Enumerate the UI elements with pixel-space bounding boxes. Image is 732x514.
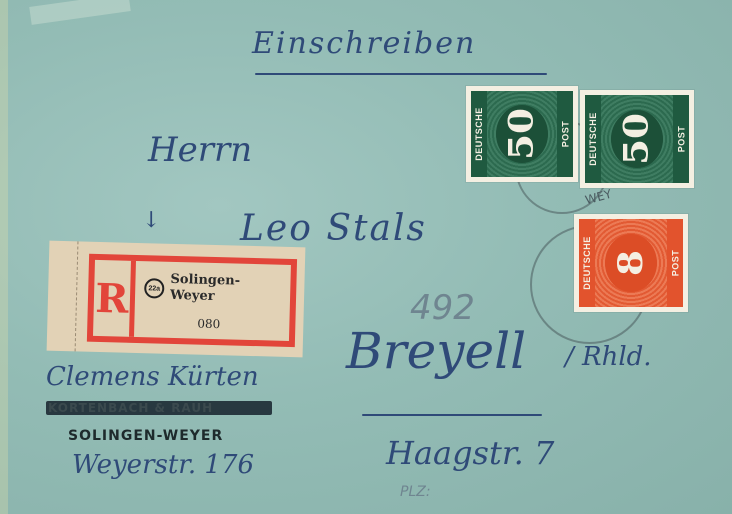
- office-line-2: Weyer: [170, 288, 240, 306]
- recipient-city: Breyell: [346, 322, 526, 380]
- label-perforation: [75, 241, 79, 351]
- sender-company-struck: KORTENBACH & RAUH: [48, 401, 213, 415]
- stamp-post-text: POST: [676, 126, 686, 153]
- stamp-post-text: POST: [560, 121, 570, 148]
- sender-name: Clemens Kürten: [46, 362, 259, 392]
- registration-number: 080: [197, 317, 220, 332]
- arrow-mark: ↓: [142, 208, 160, 233]
- stamp-country-text: DEUTSCHE: [582, 236, 592, 290]
- pencil-plz: PLZ:: [400, 484, 431, 500]
- stamp-value: 8: [611, 250, 651, 276]
- sender-city-printed: SOLINGEN-WEYER: [68, 428, 223, 444]
- city-underline: [362, 414, 542, 416]
- stamp-value: 50: [502, 108, 542, 160]
- registration-letter: R: [95, 274, 129, 322]
- stamp-country-text: DEUTSCHE: [588, 112, 598, 166]
- registration-box: R 22a Solingen- Weyer 080: [87, 254, 297, 347]
- paper-edge: [0, 0, 8, 514]
- envelope: Einschreiben WEY DEUTSCHE 50 POST DEUTSC…: [0, 0, 732, 514]
- service-note-underline: [255, 73, 547, 75]
- paper-crease: [29, 0, 131, 25]
- recipient-region: / Rhld.: [565, 342, 652, 372]
- stamp-post-text: POST: [670, 250, 680, 277]
- sender-street: Weyerstr. 176: [72, 450, 254, 480]
- office-code: 22a: [144, 278, 165, 299]
- stamp-8-pfennig: DEUTSCHE 8 POST: [574, 214, 688, 312]
- recipient-street: Haagstr. 7: [386, 434, 554, 472]
- recipient-name: Leo Stals: [240, 208, 427, 249]
- stamp-50-pfennig-2: DEUTSCHE 50 POST: [580, 90, 694, 188]
- office-line-1: Solingen-: [170, 272, 240, 290]
- stamp-country-text: DEUTSCHE: [474, 107, 484, 161]
- stamp-50-pfennig-1: DEUTSCHE 50 POST: [466, 86, 578, 182]
- recipient-salutation: Herrn: [148, 130, 252, 170]
- service-note: Einschreiben: [252, 26, 476, 61]
- registration-label: R 22a Solingen- Weyer 080: [47, 241, 306, 358]
- office-name: Solingen- Weyer: [170, 272, 240, 306]
- stamp-value: 50: [617, 113, 657, 165]
